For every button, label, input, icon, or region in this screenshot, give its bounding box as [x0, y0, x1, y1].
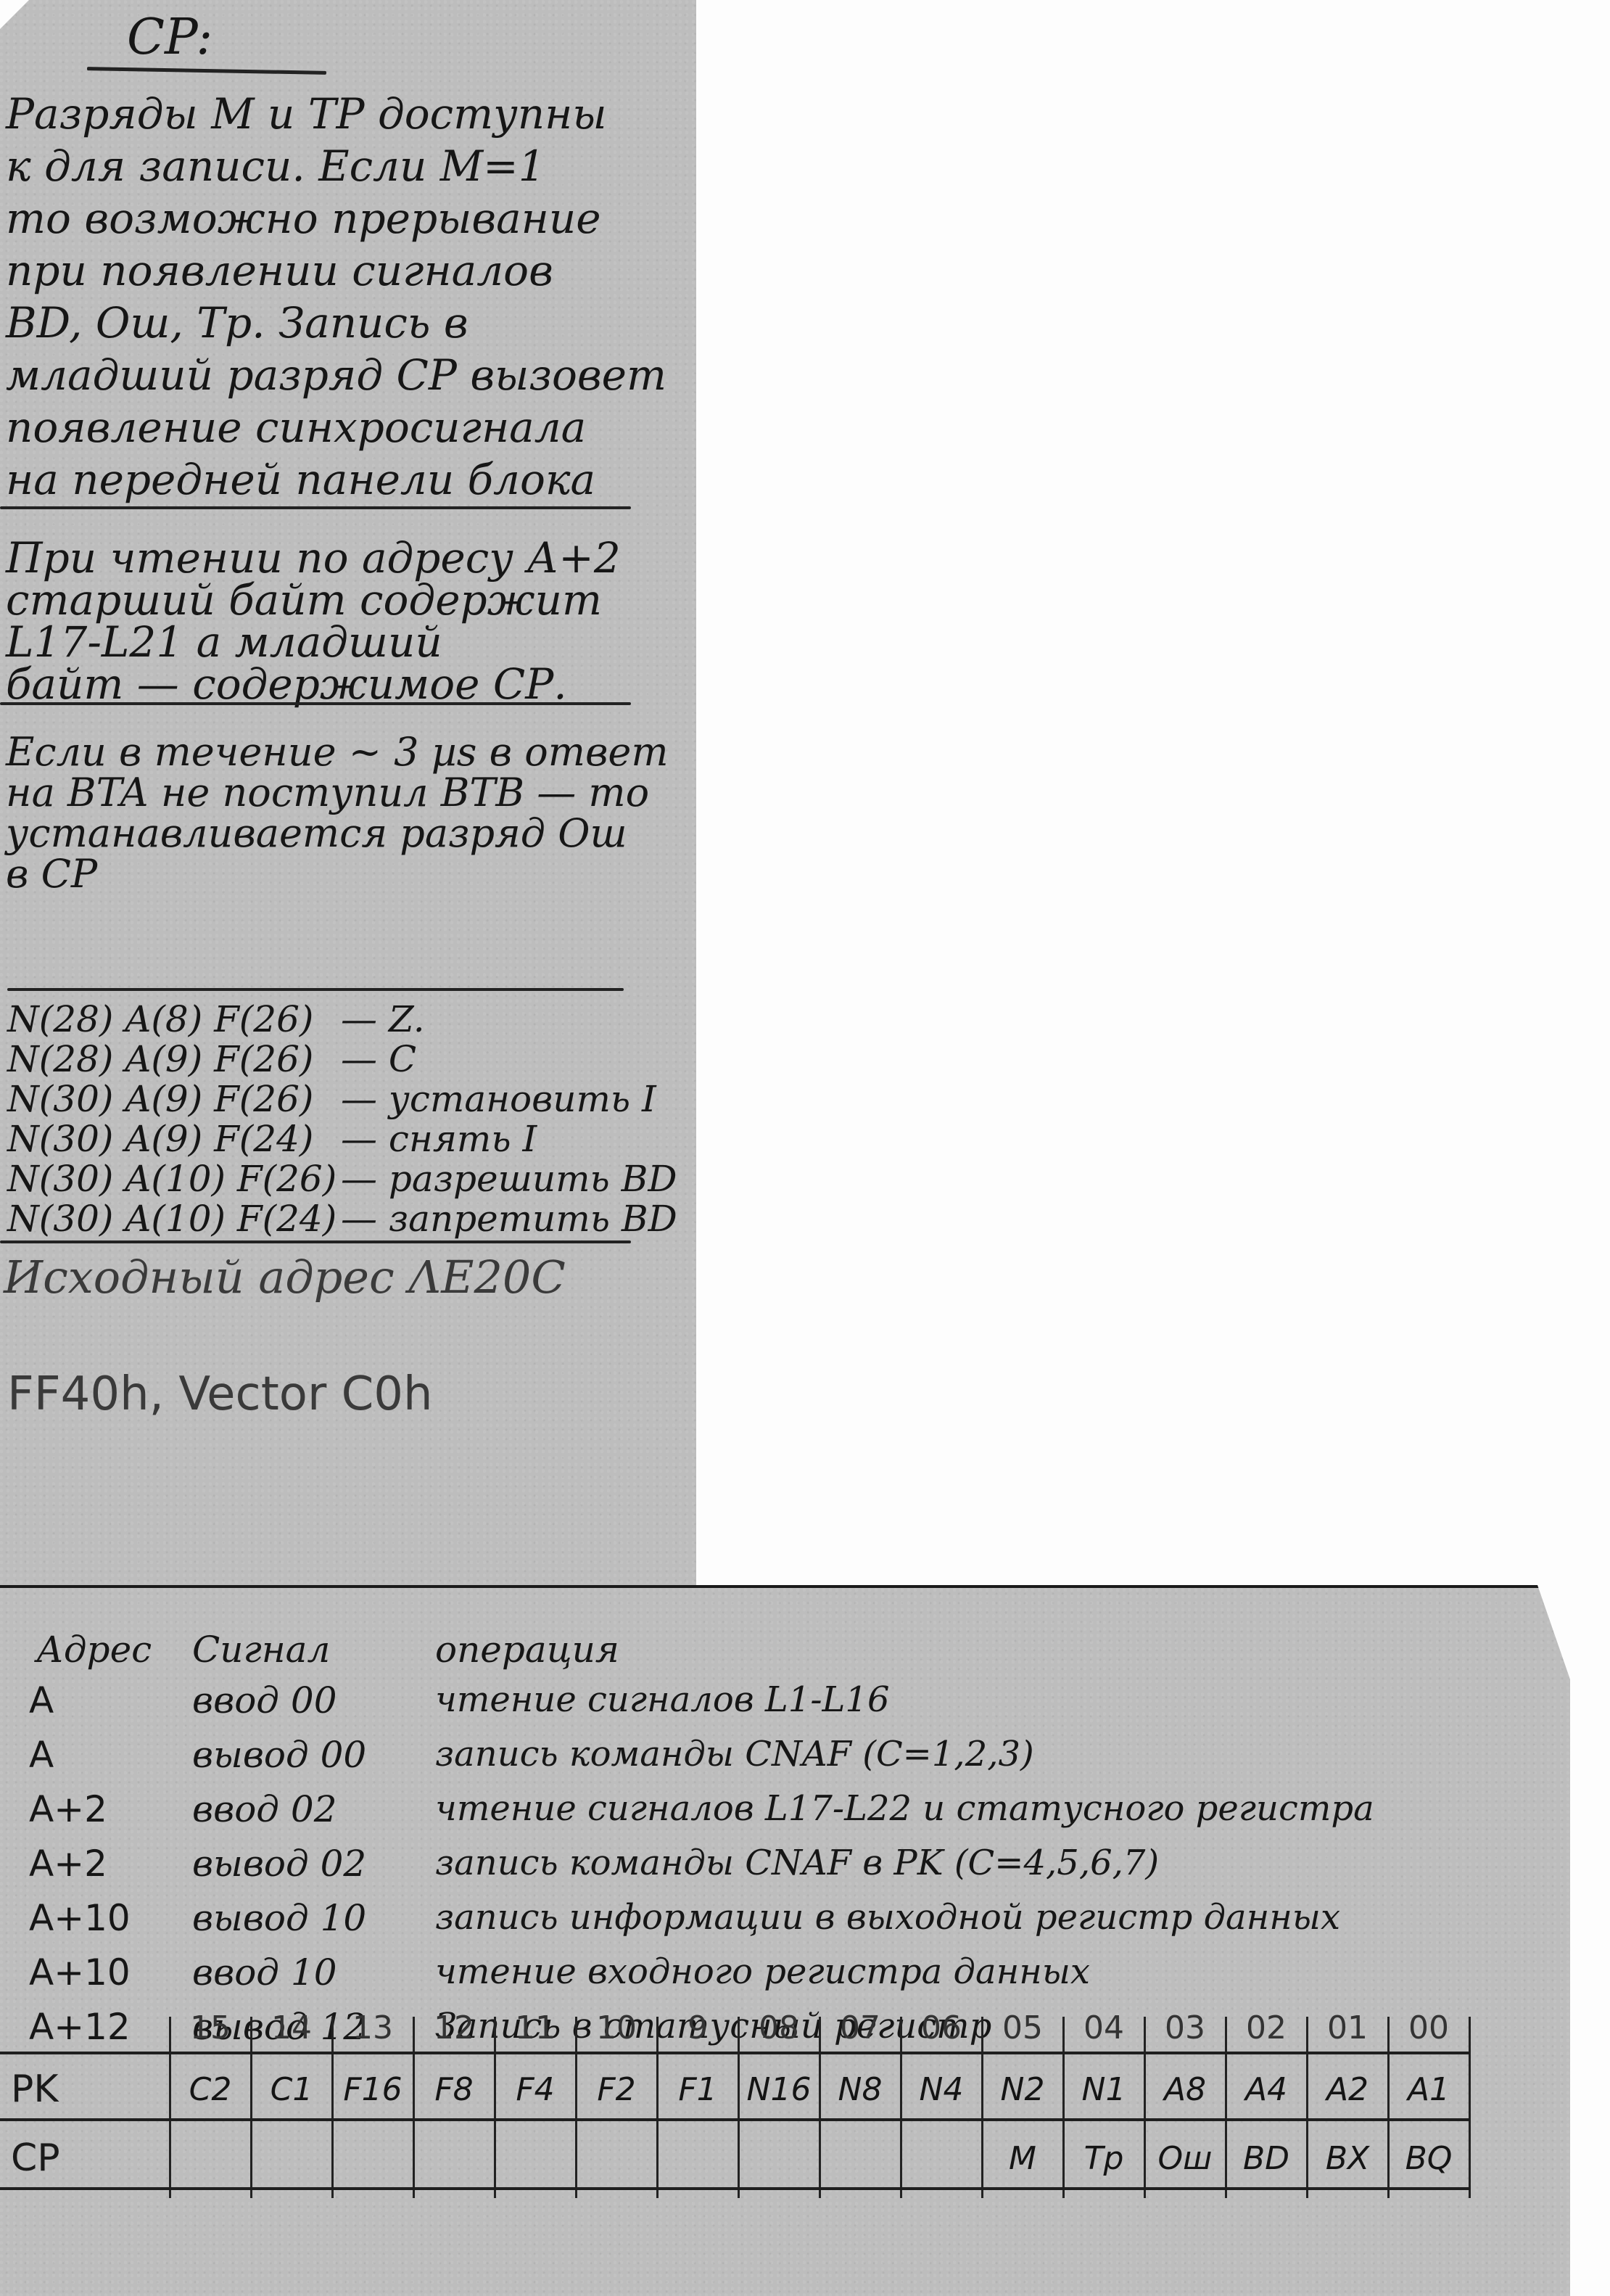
- register-bit-cell: C1: [252, 2071, 331, 2108]
- header-operation: операция: [435, 1632, 619, 1668]
- header-signal: Сигнал: [192, 1632, 330, 1668]
- bit-number: 05: [983, 2009, 1062, 2046]
- command-naf: N(30) A(9) F(24): [7, 1121, 313, 1157]
- command-action: — установить I: [341, 1081, 656, 1117]
- io-operation: запись информации в выходной регистр дан…: [435, 1900, 1340, 1935]
- text-line: младший разряд СР вызовет: [6, 354, 666, 396]
- register-bit-cell: A4: [1226, 2071, 1306, 2108]
- bit-number: 01: [1308, 2009, 1387, 2046]
- command-action: — разрешить BD: [341, 1161, 677, 1197]
- command-naf: N(28) A(8) F(26): [7, 1001, 313, 1037]
- command-action: — снять I: [341, 1121, 537, 1157]
- register-bit-cell: A2: [1308, 2071, 1387, 2108]
- register-bit-cell: F8: [414, 2071, 494, 2108]
- base-address-line: Исходный адрес ΛE20C: [4, 1255, 566, 1300]
- command-action: — запретить BD: [341, 1201, 677, 1237]
- text-line: устанавливается разряд Ош: [6, 814, 627, 853]
- io-address: A: [29, 1737, 54, 1773]
- io-signal: ввод 10: [192, 1954, 337, 1991]
- io-operation: чтение сигналов L17-L22 и статусного рег…: [435, 1791, 1374, 1826]
- text-line: то возможно прерывание: [6, 197, 601, 239]
- text-line: на передней панели блока: [6, 458, 595, 501]
- text-line: байт — содержимое СР.: [6, 663, 567, 705]
- register-bit-cell: F2: [577, 2071, 656, 2108]
- section-divider: [0, 506, 631, 509]
- cp-title: CP:: [127, 13, 212, 62]
- register-bit-cell: A1: [1389, 2071, 1469, 2108]
- text-line: старший байт содержит: [6, 579, 602, 621]
- bit-number: 07: [820, 2009, 900, 2046]
- text-line: Если в течение ~ 3 µs в ответ: [6, 733, 669, 772]
- io-address: A+2: [29, 1846, 107, 1882]
- register-bit-cell: N4: [901, 2071, 981, 2108]
- text-line: При чтении по адресу А+2: [6, 537, 621, 579]
- row-divider: [0, 2187, 1470, 2190]
- io-operation: чтение входного регистра данных: [435, 1954, 1090, 1989]
- io-signal: вывод 10: [192, 1900, 366, 1936]
- register-bit-cell: F16: [333, 2071, 413, 2108]
- bit-number: 08: [739, 2009, 819, 2046]
- register-bit-cell: N8: [820, 2071, 900, 2108]
- text-line: Разряды М и ТР доступны: [6, 93, 607, 135]
- text-line: на BTA не поступил BTB — то: [6, 773, 649, 812]
- vector-line: FF40h, Vector C0h: [7, 1371, 433, 1417]
- register-bit-cell: Ош: [1145, 2140, 1225, 2177]
- io-operation: запись команды CNAF (C=1,2,3): [435, 1737, 1034, 1772]
- io-signal: вывод 02: [192, 1846, 366, 1882]
- bit-number: 12: [414, 2009, 494, 2046]
- section-divider: [0, 702, 631, 705]
- register-label: CP: [11, 2136, 60, 2180]
- io-signal: ввод 00: [192, 1682, 337, 1719]
- register-bit-cell: F4: [495, 2071, 575, 2108]
- top-note-sheet: CP: Разряды М и ТР доступнык для записи.…: [0, 0, 698, 1596]
- bit-number: 03: [1145, 2009, 1225, 2046]
- title-underline: [87, 67, 326, 75]
- text-line: появление синхросигнала: [6, 406, 586, 448]
- command-naf: N(30) A(10) F(24): [7, 1201, 337, 1237]
- command-action: — Z.: [341, 1001, 425, 1037]
- register-bit-cell: M: [983, 2140, 1062, 2177]
- register-bit-cell: N1: [1064, 2071, 1144, 2108]
- command-action: — C: [341, 1041, 416, 1077]
- row-divider: [0, 2052, 1470, 2054]
- register-bit-cell: BD: [1226, 2140, 1306, 2177]
- text-line: в СР: [6, 855, 97, 894]
- io-signal: ввод 02: [192, 1791, 337, 1827]
- register-bit-cell: BQ: [1389, 2140, 1469, 2177]
- io-address: A+2: [29, 1791, 107, 1827]
- register-bit-cell: N2: [983, 2071, 1062, 2108]
- section-divider: [7, 988, 624, 991]
- section-divider: [0, 1240, 631, 1243]
- bit-number: 06: [901, 2009, 981, 2046]
- command-naf: N(28) A(9) F(26): [7, 1041, 313, 1077]
- text-line: к для записи. Если М=1: [6, 145, 545, 187]
- text-line: BD, Ош, Тр. Запись в: [6, 302, 468, 344]
- register-bit-cell: F1: [658, 2071, 738, 2108]
- io-address: A+10: [29, 1900, 131, 1936]
- io-operation: запись команды CNAF в PK (C=4,5,6,7): [435, 1846, 1159, 1880]
- bit-number: 02: [1226, 2009, 1306, 2046]
- io-signal: вывод 00: [192, 1737, 366, 1773]
- register-bit-table: 1514131211109080706050403020100PKC2C1F16…: [0, 2009, 1516, 2213]
- command-naf: N(30) A(9) F(26): [7, 1081, 313, 1117]
- io-operation: чтение сигналов L1-L16: [435, 1682, 890, 1717]
- bit-number: 10: [577, 2009, 656, 2046]
- command-naf: N(30) A(10) F(26): [7, 1161, 337, 1197]
- bit-number: 15: [170, 2009, 250, 2046]
- bit-number: 9: [658, 2009, 738, 2046]
- register-label: PK: [11, 2067, 58, 2111]
- register-bit-cell: N16: [739, 2071, 819, 2108]
- bit-number: 04: [1064, 2009, 1144, 2046]
- bit-number: 11: [495, 2009, 575, 2046]
- row-divider: [0, 2118, 1470, 2121]
- register-bit-cell: Tp: [1064, 2140, 1144, 2177]
- io-address: A+10: [29, 1954, 131, 1991]
- text-line: L17-L21 а младший: [6, 621, 442, 663]
- bit-number: 13: [333, 2009, 413, 2046]
- register-bit-cell: BX: [1308, 2140, 1387, 2177]
- io-address: A: [29, 1682, 54, 1719]
- bit-number: 14: [252, 2009, 331, 2046]
- header-address: Адрес: [36, 1632, 152, 1668]
- bit-number: 00: [1389, 2009, 1469, 2046]
- register-bit-cell: A8: [1145, 2071, 1225, 2108]
- column-divider: [1469, 2017, 1471, 2198]
- text-line: при появлении сигналов: [6, 250, 553, 292]
- register-bit-cell: C2: [170, 2071, 250, 2108]
